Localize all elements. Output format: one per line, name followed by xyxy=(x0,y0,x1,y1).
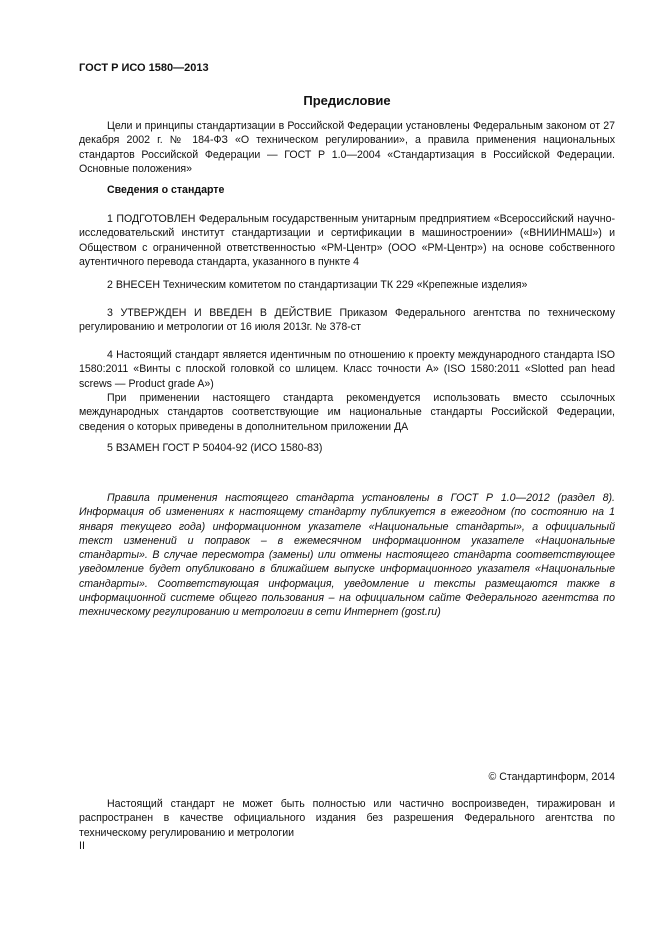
page-number: II xyxy=(79,840,85,852)
document-code: ГОСТ Р ИСО 1580—2013 xyxy=(79,62,209,74)
info-heading: Сведения о стандарте xyxy=(79,183,615,197)
item-3: 3 УТВЕРЖДЕН И ВВЕДЕН В ДЕЙСТВИЕ Приказом… xyxy=(79,306,615,335)
item-5: 5 ВЗАМЕН ГОСТ Р 50404-92 (ИСО 1580-83) xyxy=(79,441,615,455)
reproduction-notice: Настоящий стандарт не может быть полност… xyxy=(79,797,615,840)
item-4: 4 Настоящий стандарт является идентичным… xyxy=(79,348,615,391)
rules-note: Правила применения настоящего стандарта … xyxy=(79,491,615,620)
item-4-note: При применении настоящего стандарта реко… xyxy=(79,391,615,434)
item-2: 2 ВНЕСЕН Техническим комитетом по станда… xyxy=(79,278,615,292)
copyright: © Стандартинформ, 2014 xyxy=(489,771,615,783)
item-1: 1 ПОДГОТОВЛЕН Федеральным государственны… xyxy=(79,212,615,269)
intro-paragraph: Цели и принципы стандартизации в Российс… xyxy=(79,119,615,176)
page-title: Предисловие xyxy=(79,93,615,108)
